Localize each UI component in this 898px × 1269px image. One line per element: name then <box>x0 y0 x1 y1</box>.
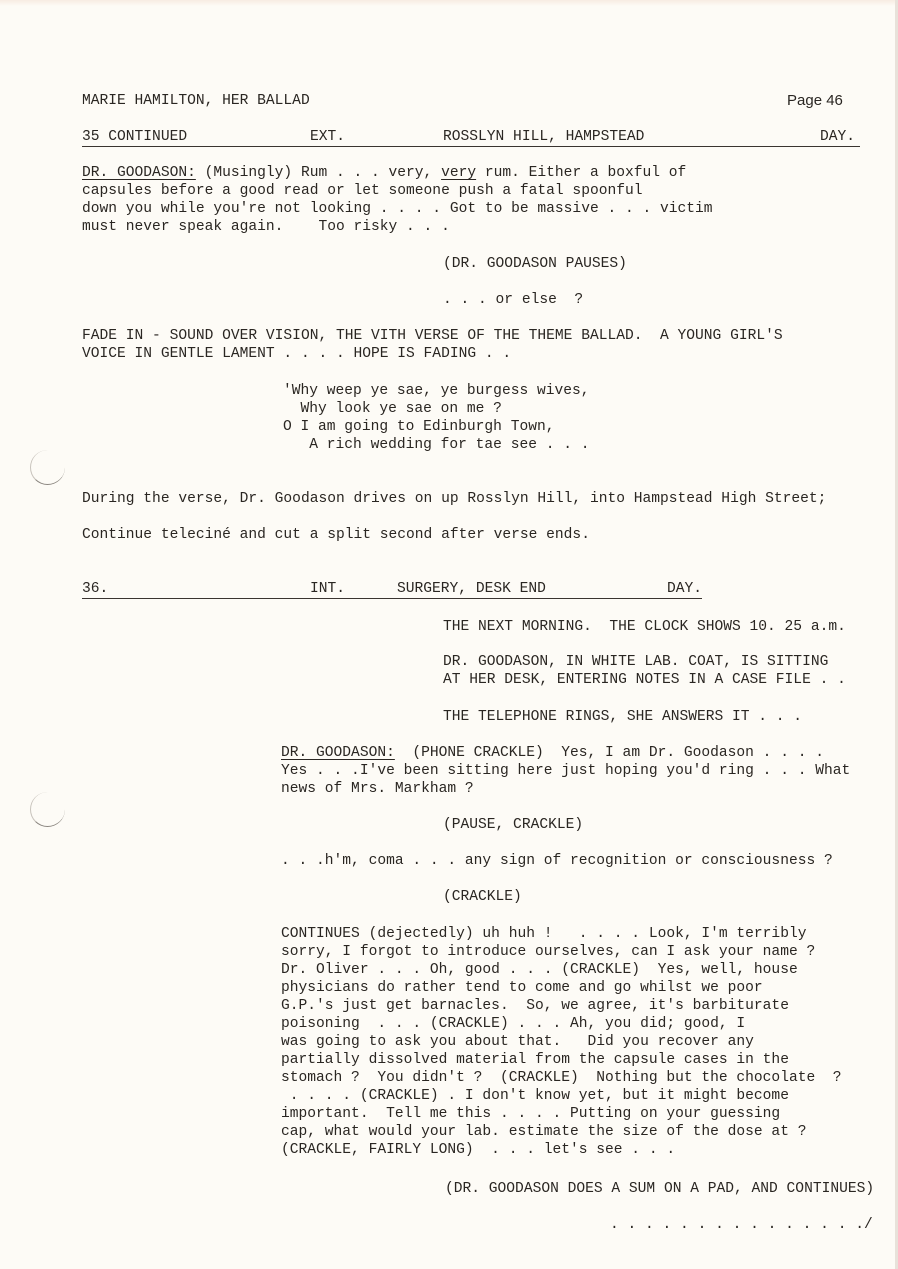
dialogue-line: was going to ask you about that. Did you… <box>281 1033 754 1051</box>
dialogue-line: partially dissolved material from the ca… <box>281 1051 789 1069</box>
punch-hole <box>30 450 65 485</box>
dialogue-line: stomach ? You didn't ? (CRACKLE) Nothing… <box>281 1069 842 1087</box>
stage-direction: (DR. GOODASON DOES A SUM ON A PAD, AND C… <box>445 1180 874 1198</box>
dialogue-line: G.P.'s just get barnacles. So, we agree,… <box>281 997 789 1015</box>
verse-line: O I am going to Edinburgh Town, <box>283 418 555 436</box>
dialogue-line: physicians do rather tend to come and go… <box>281 979 763 997</box>
continued-marker: . . . . . . . . . . . . . . ./ <box>610 1216 873 1234</box>
stage-direction: (DR. GOODASON PAUSES) <box>443 255 627 273</box>
dialogue-line: DR. GOODASON: (Musingly) Rum . . . very,… <box>82 164 686 182</box>
dialogue-line: news of Mrs. Markham ? <box>281 780 474 798</box>
dialogue-line: Yes . . .I've been sitting here just hop… <box>281 762 850 780</box>
speaker-name: DR. GOODASON: <box>281 745 395 761</box>
dialogue-line: (CRACKLE, FAIRLY LONG) . . . let's see .… <box>281 1141 675 1159</box>
dialogue-line: must never speak again. Too risky . . . <box>82 218 450 236</box>
dialogue-line: DR. GOODASON: (PHONE CRACKLE) Yes, I am … <box>281 744 824 762</box>
stage-direction: (CRACKLE) <box>443 888 522 906</box>
action-line: THE TELEPHONE RINGS, SHE ANSWERS IT . . … <box>443 708 802 726</box>
script-title: MARIE HAMILTON, HER BALLAD <box>82 92 310 110</box>
scene-int-ext: EXT. <box>310 128 345 146</box>
dialogue-line: cap, what would your lab. estimate the s… <box>281 1123 806 1141</box>
scene-time: DAY. <box>667 580 702 598</box>
heading-underline <box>82 598 702 599</box>
scene-int-ext: INT. <box>310 580 345 598</box>
action-line: DR. GOODASON, IN WHITE LAB. COAT, IS SIT… <box>443 653 828 671</box>
dialogue-line: capsules before a good read or let someo… <box>82 182 643 200</box>
dialogue-text: (PHONE CRACKLE) Yes, I am Dr. Goodason .… <box>395 745 824 761</box>
action-line: During the verse, Dr. Goodason drives on… <box>82 490 826 508</box>
scene-time: DAY. <box>820 128 855 146</box>
fade-in-direction: FADE IN - SOUND OVER VISION, THE VITH VE… <box>82 327 783 345</box>
dialogue-text: (Musingly) Rum . . . very, <box>196 165 441 181</box>
dialogue-line: CONTINUES (dejectedly) uh huh ! . . . . … <box>281 925 806 943</box>
verse-line: 'Why weep ye sae, ye burgess wives, <box>283 382 590 400</box>
script-page: MARIE HAMILTON, HER BALLAD Page 46 35 CO… <box>0 0 898 1269</box>
speaker-name: DR. GOODASON: <box>82 165 196 181</box>
emphasis: very <box>441 165 476 181</box>
verse-line: Why look ye sae on me ? <box>283 400 502 418</box>
action-line: THE NEXT MORNING. THE CLOCK SHOWS 10. 25… <box>443 618 846 636</box>
fade-in-direction: VOICE IN GENTLE LAMENT . . . . HOPE IS F… <box>82 345 511 363</box>
dialogue-line: down you while you're not looking . . . … <box>82 200 713 218</box>
scene-location: SURGERY, DESK END <box>397 580 546 598</box>
dialogue-line: . . . or else ? <box>443 291 583 309</box>
scene-number: 36. <box>82 580 108 598</box>
heading-underline <box>82 146 860 147</box>
dialogue-line: . . . . (CRACKLE) . I don't know yet, bu… <box>281 1087 789 1105</box>
dialogue-line: sorry, I forgot to introduce ourselves, … <box>281 943 815 961</box>
dialogue-line: poisoning . . . (CRACKLE) . . . Ah, you … <box>281 1015 745 1033</box>
dialogue-line: . . .h'm, coma . . . any sign of recogni… <box>281 852 833 870</box>
punch-hole <box>30 792 65 827</box>
dialogue-text: rum. Either a boxful of <box>476 165 686 181</box>
dialogue-line: important. Tell me this . . . . Putting … <box>281 1105 780 1123</box>
page-number: Page 46 <box>787 92 843 110</box>
scene-number: 35 CONTINUED <box>82 128 187 146</box>
verse-line: A rich wedding for tae see . . . <box>283 436 590 454</box>
stage-direction: (PAUSE, CRACKLE) <box>443 816 583 834</box>
dialogue-line: Dr. Oliver . . . Oh, good . . . (CRACKLE… <box>281 961 798 979</box>
scene-location: ROSSLYN HILL, HAMPSTEAD <box>443 128 644 146</box>
action-line: AT HER DESK, ENTERING NOTES IN A CASE FI… <box>443 671 846 689</box>
action-line: Continue teleciné and cut a split secon… <box>82 526 590 544</box>
